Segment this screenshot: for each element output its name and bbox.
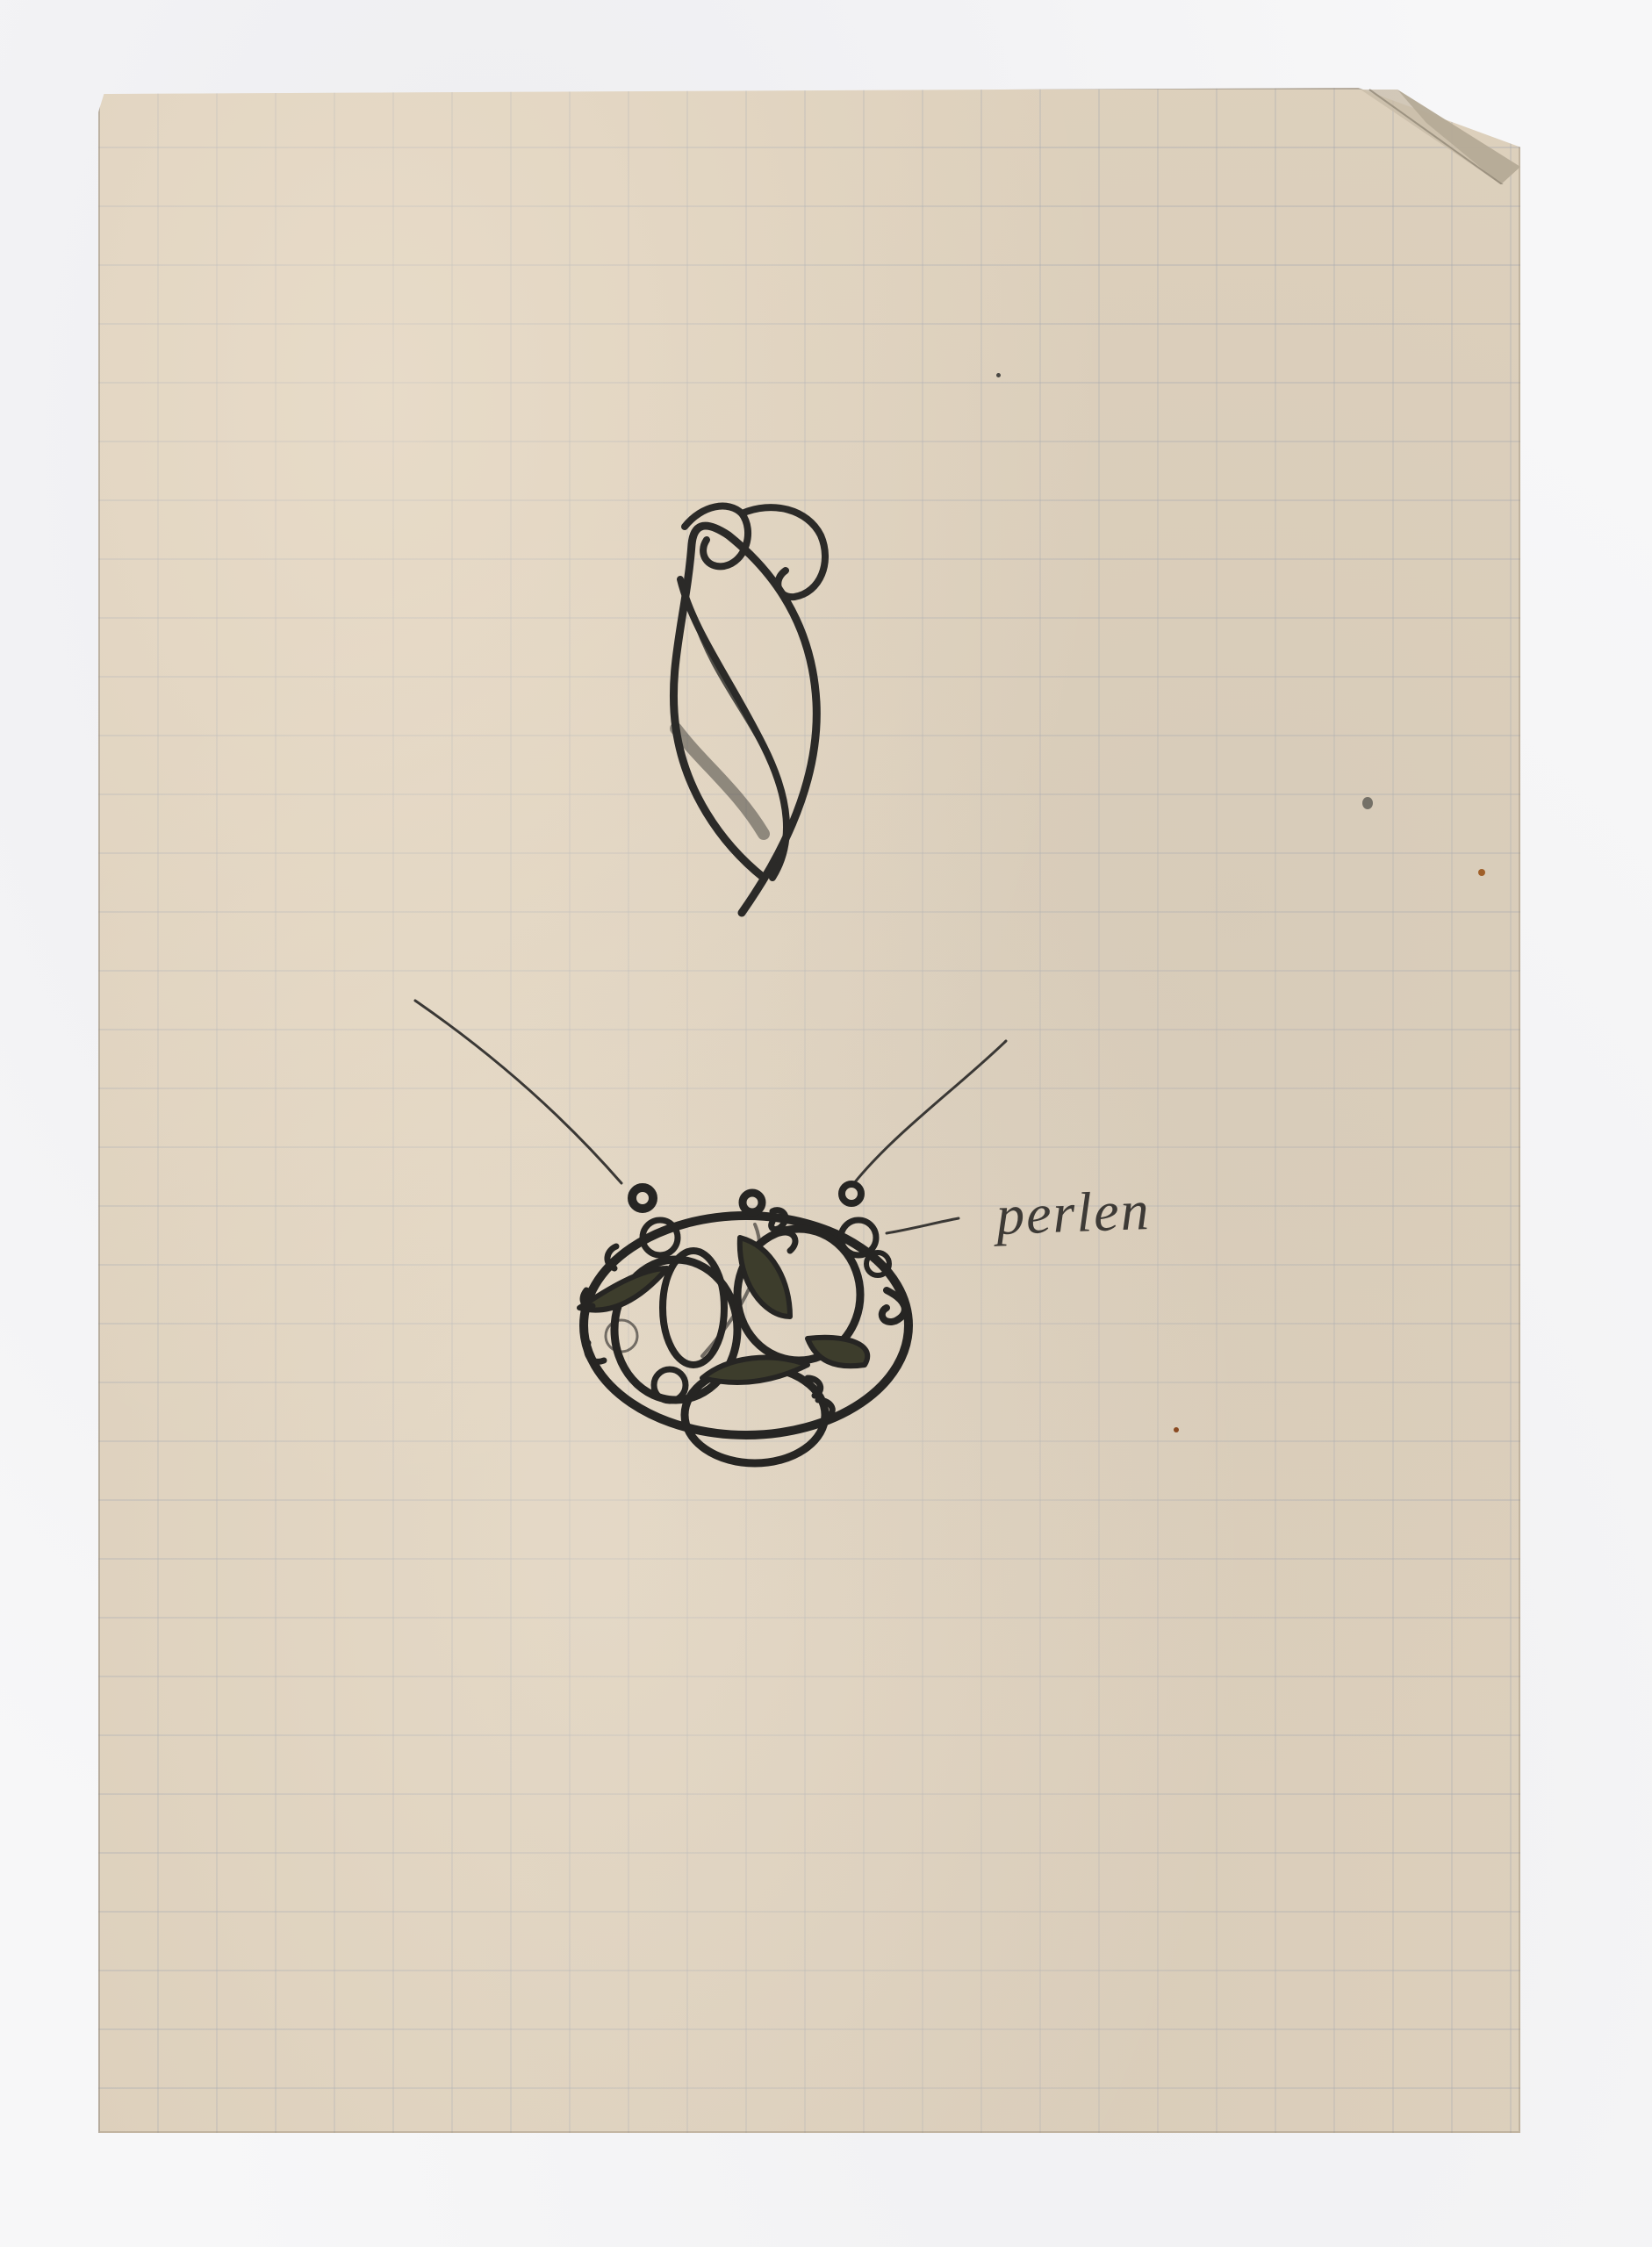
leaf-motif: [673, 506, 825, 913]
pencil-dot: [996, 373, 1001, 377]
annotation-perlen: perlen: [995, 1178, 1152, 1248]
pencil-smudge: [1362, 797, 1373, 809]
chain-lines: [415, 1001, 1006, 1183]
pendant: [579, 1184, 909, 1463]
annotation-pointer: [887, 1218, 959, 1233]
rust-spot-small: [1174, 1427, 1179, 1432]
rust-spot: [1478, 869, 1485, 876]
sketch-layer: [0, 0, 1652, 2247]
